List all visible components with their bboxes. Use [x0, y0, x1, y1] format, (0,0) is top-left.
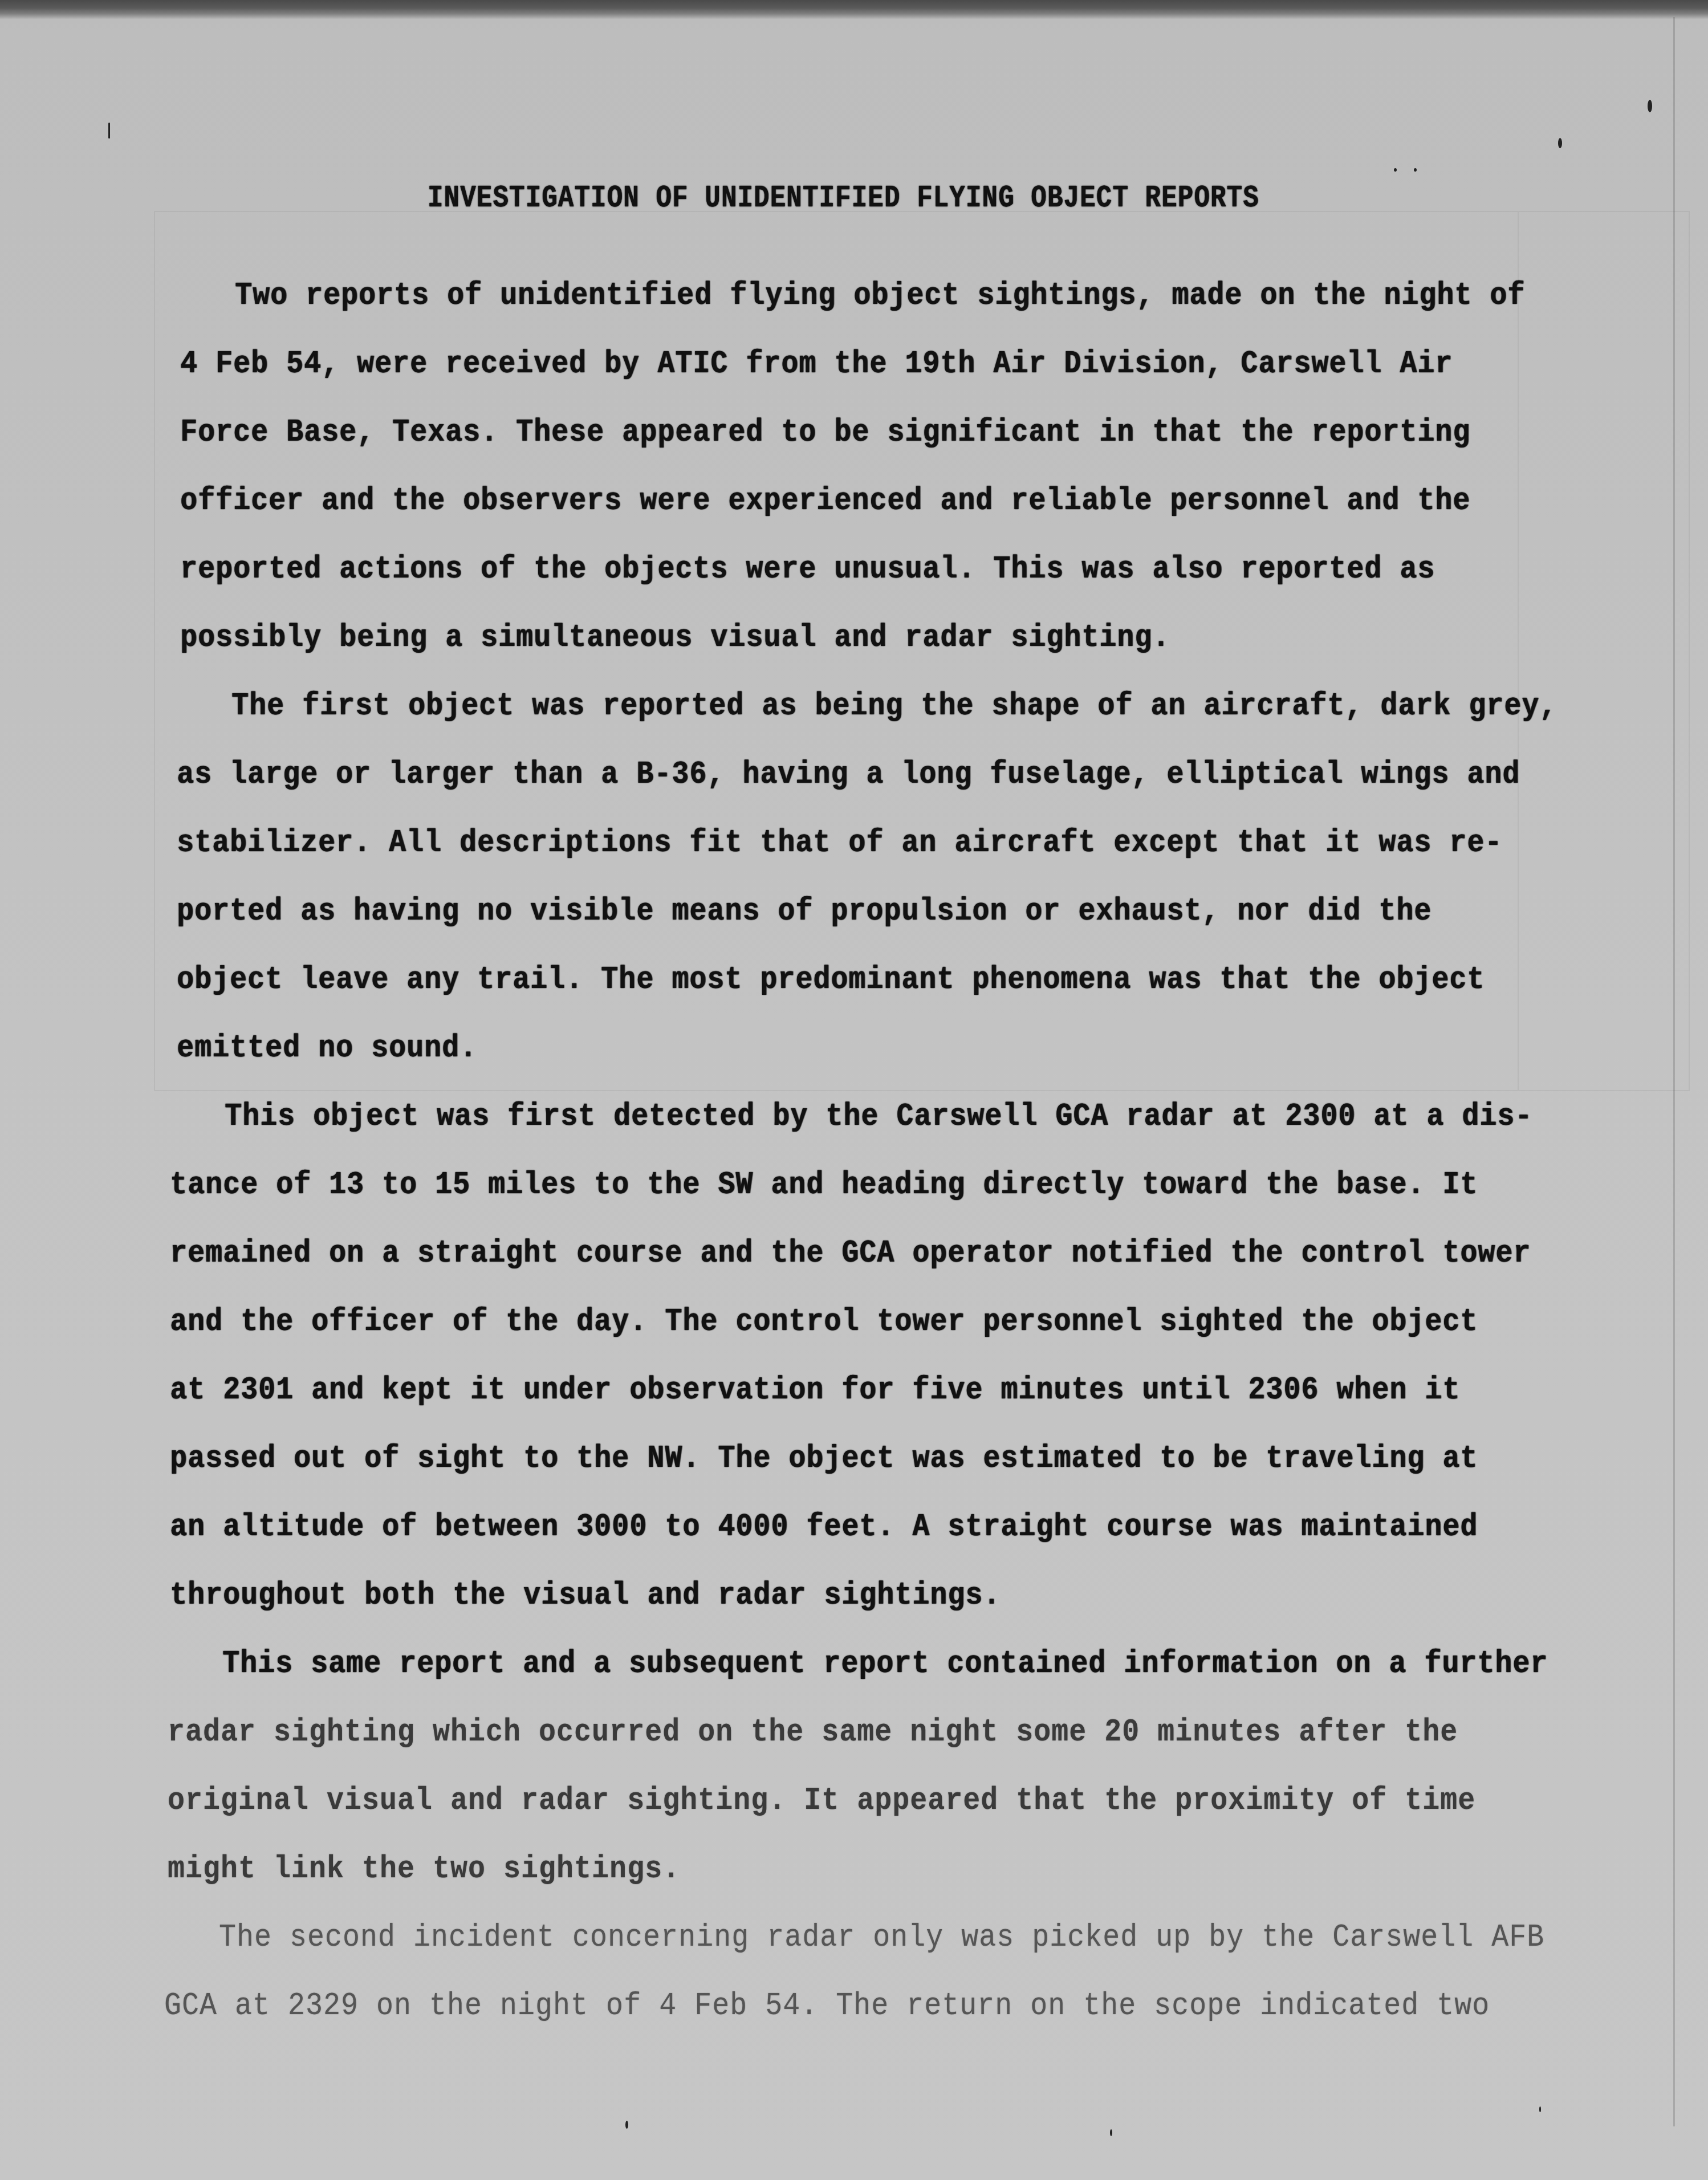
- scan-speck: [1539, 2106, 1541, 2112]
- paragraph-2-line-5: object leave any trail. The most predomi…: [177, 962, 1485, 998]
- scan-speck: [1648, 100, 1652, 112]
- paragraph-3-line-8: throughout both the visual and radar sig…: [170, 1578, 1001, 1614]
- scan-speck: [625, 2121, 628, 2129]
- scan-speck: [1394, 168, 1397, 172]
- paragraph-3-line-1: This object was first detected by the Ca…: [225, 1099, 1532, 1135]
- paragraph-3-line-2: tance of 13 to 15 miles to the SW and he…: [170, 1168, 1478, 1203]
- paragraph-1-line-2: 4 Feb 54, were received by ATIC from the…: [180, 347, 1453, 383]
- scan-speck: [1110, 2129, 1112, 2136]
- paragraph-1-line-6: possibly being a simultaneous visual and…: [180, 620, 1170, 656]
- paragraph-2-line-2: as large or larger than a B-36, having a…: [177, 757, 1520, 793]
- paragraph-3-line-6: passed out of sight to the NW. The objec…: [170, 1441, 1478, 1477]
- paragraph-3-line-7: an altitude of between 3000 to 4000 feet…: [170, 1510, 1478, 1545]
- paragraph-1-line-5: reported actions of the objects were unu…: [180, 552, 1435, 588]
- paragraph-3-line-3: remained on a straight course and the GC…: [170, 1236, 1531, 1272]
- paragraph-3-line-5: at 2301 and kept it under observation fo…: [170, 1373, 1460, 1409]
- paragraph-5-line-2: GCA at 2329 on the night of 4 Feb 54. Th…: [164, 1988, 1490, 2024]
- paragraph-2-line-3: stabilizer. All descriptions fit that of…: [177, 825, 1502, 861]
- document-title: INVESTIGATION OF UNIDENTIFIED FLYING OBJ…: [428, 181, 1259, 215]
- paragraph-5-line-1: The second incident concerning radar onl…: [219, 1920, 1544, 1956]
- paragraph-2-line-6: emitted no sound.: [177, 1031, 477, 1067]
- paragraph-3-line-4: and the officer of the day. The control …: [170, 1304, 1478, 1340]
- paragraph-4-line-2: radar sighting which occurred on the sam…: [168, 1715, 1458, 1751]
- paragraph-2-line-4: ported as having no visible means of pro…: [177, 894, 1432, 930]
- paragraph-1-line-4: officer and the observers were experienc…: [180, 483, 1470, 519]
- scanned-page: INVESTIGATION OF UNIDENTIFIED FLYING OBJ…: [0, 0, 1708, 2180]
- paragraph-1-line-1: Two reports of unidentified flying objec…: [235, 278, 1525, 314]
- page-edge-line: [1673, 17, 1675, 2126]
- paragraph-4-line-1: This same report and a subsequent report…: [222, 1646, 1548, 1682]
- scan-speck: [1558, 138, 1562, 148]
- scan-speck: [108, 123, 110, 139]
- paragraph-4-line-4: might link the two sightings.: [168, 1852, 680, 1888]
- paragraph-2-line-1: The first object was reported as being t…: [231, 689, 1557, 725]
- paragraph-4-line-3: original visual and radar sighting. It a…: [168, 1783, 1475, 1819]
- paragraph-1-line-3: Force Base, Texas. These appeared to be …: [180, 415, 1470, 451]
- scan-speck: [1414, 168, 1417, 172]
